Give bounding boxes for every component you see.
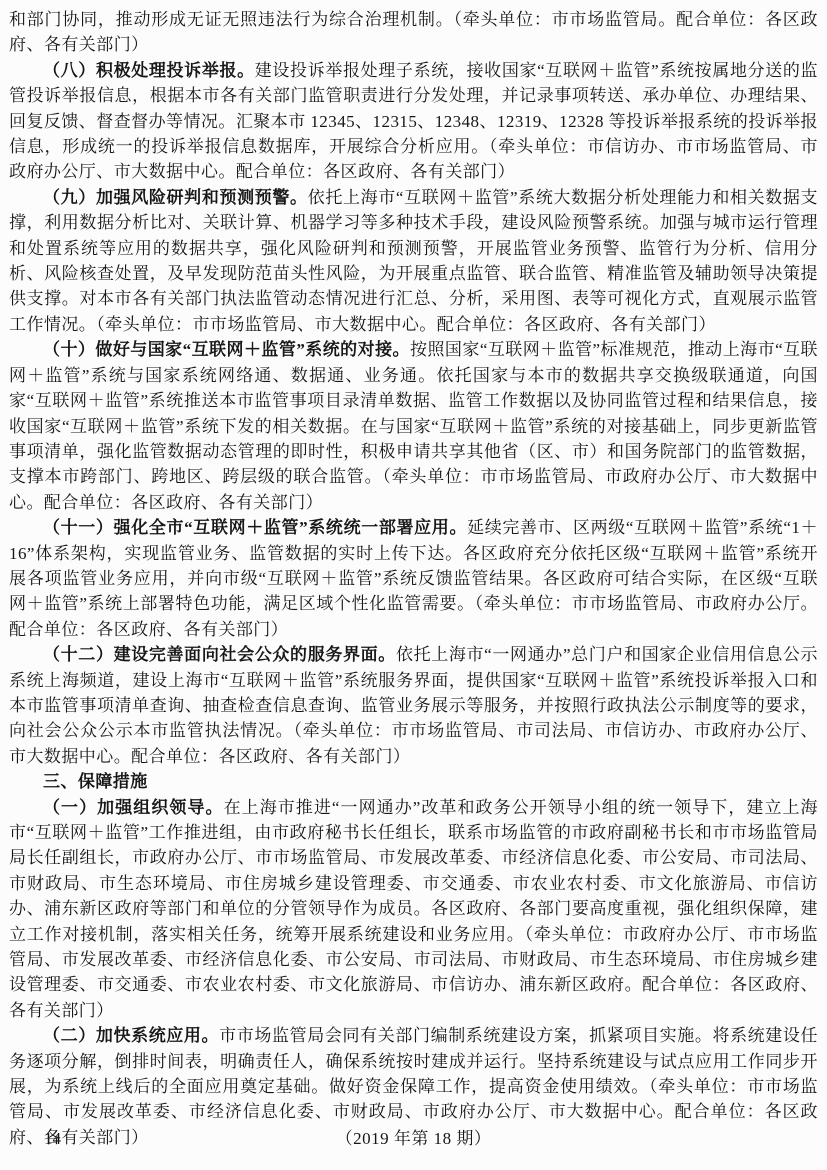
document-body: 和部门协同，推动形成无证无照违法行为综合治理机制。（牵头单位：市市场监管局。配合… — [0, 0, 827, 1150]
paragraph: （十）做好与国家“互联网＋监管”系统的对接。按照国家“互联网＋监管”标准规范，推… — [9, 337, 818, 515]
paragraph: 和部门协同，推动形成无证无照违法行为综合治理机制。（牵头单位：市市场监管局。配合… — [9, 7, 818, 58]
paragraph-lead: （一）加强组织领导。 — [43, 798, 224, 817]
paragraph-body: 在上海市推进“一网通办”改革和政务公开领导小组的统一领导下，建立上海市“互联网＋… — [9, 798, 818, 1020]
paragraph: （一）加强组织领导。在上海市推进“一网通办”改革和政务公开领导小组的统一领导下，… — [9, 795, 818, 1024]
paragraph-lead: （十二）建设完善面向社会公众的服务界面。 — [43, 645, 396, 664]
paragraph: （九）加强风险研判和预测预警。依托上海市“互联网＋监管”系统大数据分析处理能力和… — [9, 185, 818, 337]
paragraph: （八）积极处理投诉举报。建设投诉举报处理子系统，接收国家“互联网＋监管”系统按属… — [9, 58, 818, 185]
section-heading-text: 三、保障措施 — [43, 772, 148, 791]
issue-label: （2019 年第 18 期） — [336, 1126, 492, 1152]
page-footer: 14 （2019 年第 18 期） — [0, 1126, 827, 1152]
paragraph-body: 依托上海市“互联网＋监管”系统大数据分析处理能力和相关数据支撑，利用数据分析比对… — [9, 188, 818, 334]
paragraph-lead: （二）加快系统应用。 — [43, 1026, 219, 1045]
paragraph-lead: （八）积极处理投诉举报。 — [43, 61, 255, 80]
paragraph-lead: （九）加强风险研判和预测预警。 — [43, 188, 308, 207]
paragraph: （十二）建设完善面向社会公众的服务界面。依托上海市“一网通办”总门户和国家企业信… — [9, 642, 818, 769]
document-page: 和部门协同，推动形成无证无照违法行为综合治理机制。（牵头单位：市市场监管局。配合… — [0, 0, 827, 1170]
paragraph-lead: （十）做好与国家“互联网＋监管”系统的对接。 — [43, 340, 410, 359]
section-heading: 三、保障措施 — [9, 769, 818, 794]
paragraph: （十一）强化全市“互联网＋监管”系统统一部署应用。延续完善市、区两级“互联网＋监… — [9, 515, 818, 642]
paragraph-body: 和部门协同，推动形成无证无照违法行为综合治理机制。（牵头单位：市市场监管局。配合… — [9, 10, 818, 54]
paragraph-lead: （十一）强化全市“互联网＋监管”系统统一部署应用。 — [43, 518, 467, 537]
page-number: 14 — [44, 1126, 61, 1152]
paragraph-body: 按照国家“互联网＋监管”标准规范，推动上海市“互联网＋监管”系统与国家系统网络通… — [9, 340, 818, 511]
